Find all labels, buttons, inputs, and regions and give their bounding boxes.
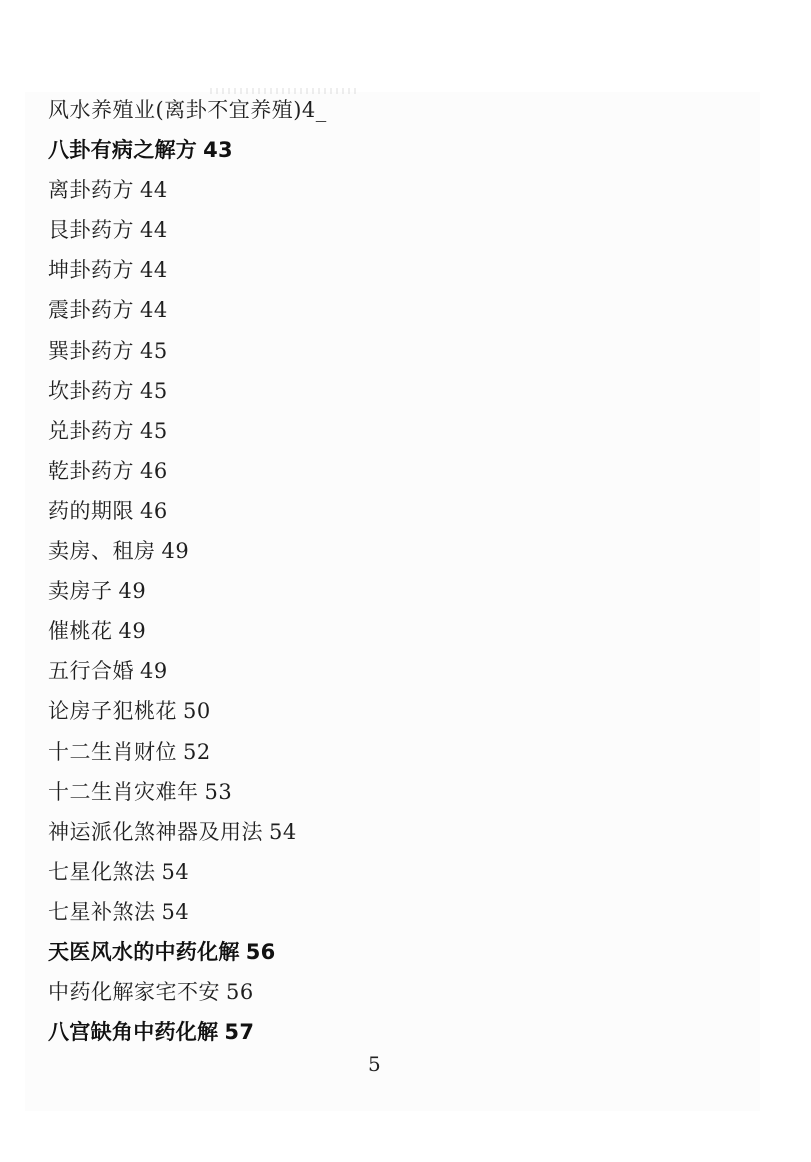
toc-entry-title: 风水养殖业(离卦不宜养殖) bbox=[48, 98, 302, 122]
toc-entry-page: 44 bbox=[140, 258, 168, 282]
toc-entry[interactable]: 十二生肖财位52 bbox=[48, 732, 327, 772]
toc-entry[interactable]: 风水养殖业(离卦不宜养殖)4_ bbox=[48, 90, 327, 130]
toc-entry-title: 巽卦药方 bbox=[48, 339, 134, 363]
toc-entry[interactable]: 七星补煞法54 bbox=[48, 892, 327, 932]
toc-entry-page: 54 bbox=[162, 900, 190, 924]
toc-entry[interactable]: 十二生肖灾难年53 bbox=[48, 772, 327, 812]
toc-entry-title: 十二生肖财位 bbox=[48, 740, 177, 764]
toc-entry-title: 卖房子 bbox=[48, 579, 113, 603]
toc-entry-page: 54 bbox=[162, 860, 190, 884]
toc-entry[interactable]: 兑卦药方45 bbox=[48, 411, 327, 451]
toc-entry[interactable]: 坎卦药方45 bbox=[48, 371, 327, 411]
toc-entry-title: 坎卦药方 bbox=[48, 379, 134, 403]
toc-entry-title: 兑卦药方 bbox=[48, 419, 134, 443]
toc-entry-title: 七星化煞法 bbox=[48, 860, 156, 884]
toc-entry-page: 44 bbox=[140, 178, 168, 202]
toc-entry[interactable]: 离卦药方44 bbox=[48, 170, 327, 210]
toc-entry-page: 49 bbox=[119, 619, 147, 643]
toc-entry[interactable]: 催桃花49 bbox=[48, 611, 327, 651]
toc-entry[interactable]: 论房子犯桃花50 bbox=[48, 691, 327, 731]
toc-entry-title: 七星补煞法 bbox=[48, 900, 156, 924]
toc-entry-page: 45 bbox=[140, 379, 168, 403]
toc-entry-title: 八卦有病之解方 bbox=[48, 138, 197, 162]
toc-entry-page: 44 bbox=[140, 218, 168, 242]
toc-entry-title: 乾卦药方 bbox=[48, 459, 134, 483]
toc-entry[interactable]: 卖房子49 bbox=[48, 571, 327, 611]
toc-entry-title: 论房子犯桃花 bbox=[48, 699, 177, 723]
page-number: 5 bbox=[368, 1052, 381, 1076]
toc-entry-title: 卖房、租房 bbox=[48, 539, 156, 563]
toc-entry[interactable]: 乾卦药方46 bbox=[48, 451, 327, 491]
toc-entry[interactable]: 巽卦药方45 bbox=[48, 331, 327, 371]
toc-entry-page: 44 bbox=[140, 298, 168, 322]
toc-entry-title: 五行合婚 bbox=[48, 659, 134, 683]
toc-entry-page: 49 bbox=[119, 579, 147, 603]
toc-entry-page: 54 bbox=[269, 820, 297, 844]
toc-entry-title: 十二生肖灾难年 bbox=[48, 780, 199, 804]
toc-entry-title: 震卦药方 bbox=[48, 298, 134, 322]
toc-entry-title: 艮卦药方 bbox=[48, 218, 134, 242]
toc-entry-title: 天医风水的中药化解 bbox=[48, 940, 240, 964]
toc-entry-title: 中药化解家宅不安 bbox=[48, 980, 220, 1004]
toc-entry-title: 催桃花 bbox=[48, 619, 113, 643]
toc-entry[interactable]: 五行合婚49 bbox=[48, 651, 327, 691]
toc-entry-title: 药的期限 bbox=[48, 499, 134, 523]
toc-entry-page: 57 bbox=[224, 1020, 254, 1044]
toc-entry-page: 50 bbox=[183, 699, 211, 723]
toc-entry[interactable]: 七星化煞法54 bbox=[48, 852, 327, 892]
table-of-contents: 风水养殖业(离卦不宜养殖)4_ 八卦有病之解方43 离卦药方44 艮卦药方44 … bbox=[48, 90, 327, 1052]
toc-entry-title: 神运派化煞神器及用法 bbox=[48, 820, 263, 844]
toc-entry-page: 46 bbox=[140, 459, 168, 483]
toc-entry[interactable]: 神运派化煞神器及用法54 bbox=[48, 812, 327, 852]
toc-entry-title: 八宫缺角中药化解 bbox=[48, 1020, 218, 1044]
toc-entry-page: 52 bbox=[183, 740, 211, 764]
toc-entry-title: 离卦药方 bbox=[48, 178, 134, 202]
toc-section-heading[interactable]: 天医风水的中药化解56 bbox=[48, 932, 327, 972]
toc-section-heading[interactable]: 八卦有病之解方43 bbox=[48, 130, 327, 170]
toc-entry[interactable]: 卖房、租房49 bbox=[48, 531, 327, 571]
toc-entry-page: 56 bbox=[246, 940, 276, 964]
toc-entry-page: 53 bbox=[205, 780, 233, 804]
toc-entry-page: 45 bbox=[140, 419, 168, 443]
toc-entry-title: 坤卦药方 bbox=[48, 258, 134, 282]
toc-section-heading[interactable]: 八宫缺角中药化解57 bbox=[48, 1012, 327, 1052]
toc-entry-page: 4_ bbox=[302, 98, 327, 122]
toc-entry-page: 49 bbox=[140, 659, 168, 683]
toc-entry-page: 56 bbox=[226, 980, 254, 1004]
toc-entry-page: 49 bbox=[162, 539, 190, 563]
toc-entry[interactable]: 艮卦药方44 bbox=[48, 210, 327, 250]
toc-entry-page: 45 bbox=[140, 339, 168, 363]
toc-entry[interactable]: 坤卦药方44 bbox=[48, 250, 327, 290]
toc-entry-page: 43 bbox=[203, 138, 233, 162]
toc-entry[interactable]: 中药化解家宅不安56 bbox=[48, 972, 327, 1012]
toc-entry-page: 46 bbox=[140, 499, 168, 523]
toc-entry[interactable]: 震卦药方44 bbox=[48, 290, 327, 330]
toc-entry[interactable]: 药的期限46 bbox=[48, 491, 327, 531]
